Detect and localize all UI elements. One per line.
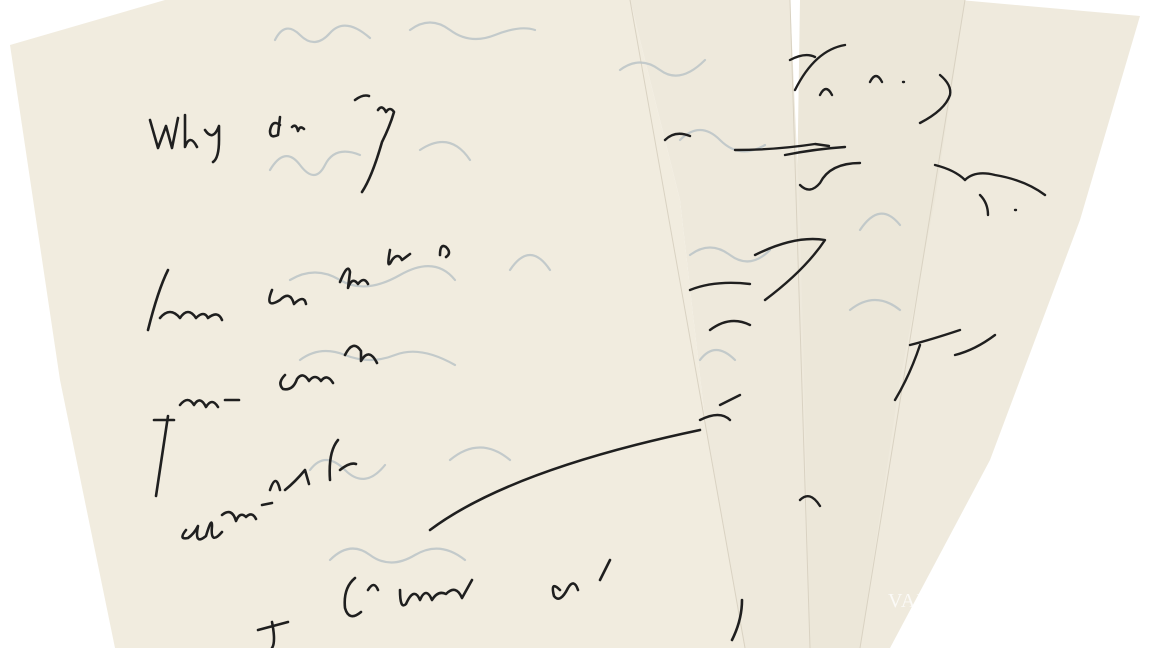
letter-photo: VAN <box>0 0 1152 648</box>
watermark: VAN <box>888 590 932 613</box>
letter-pages-illustration <box>0 0 1152 648</box>
letter-page-1 <box>10 0 745 648</box>
